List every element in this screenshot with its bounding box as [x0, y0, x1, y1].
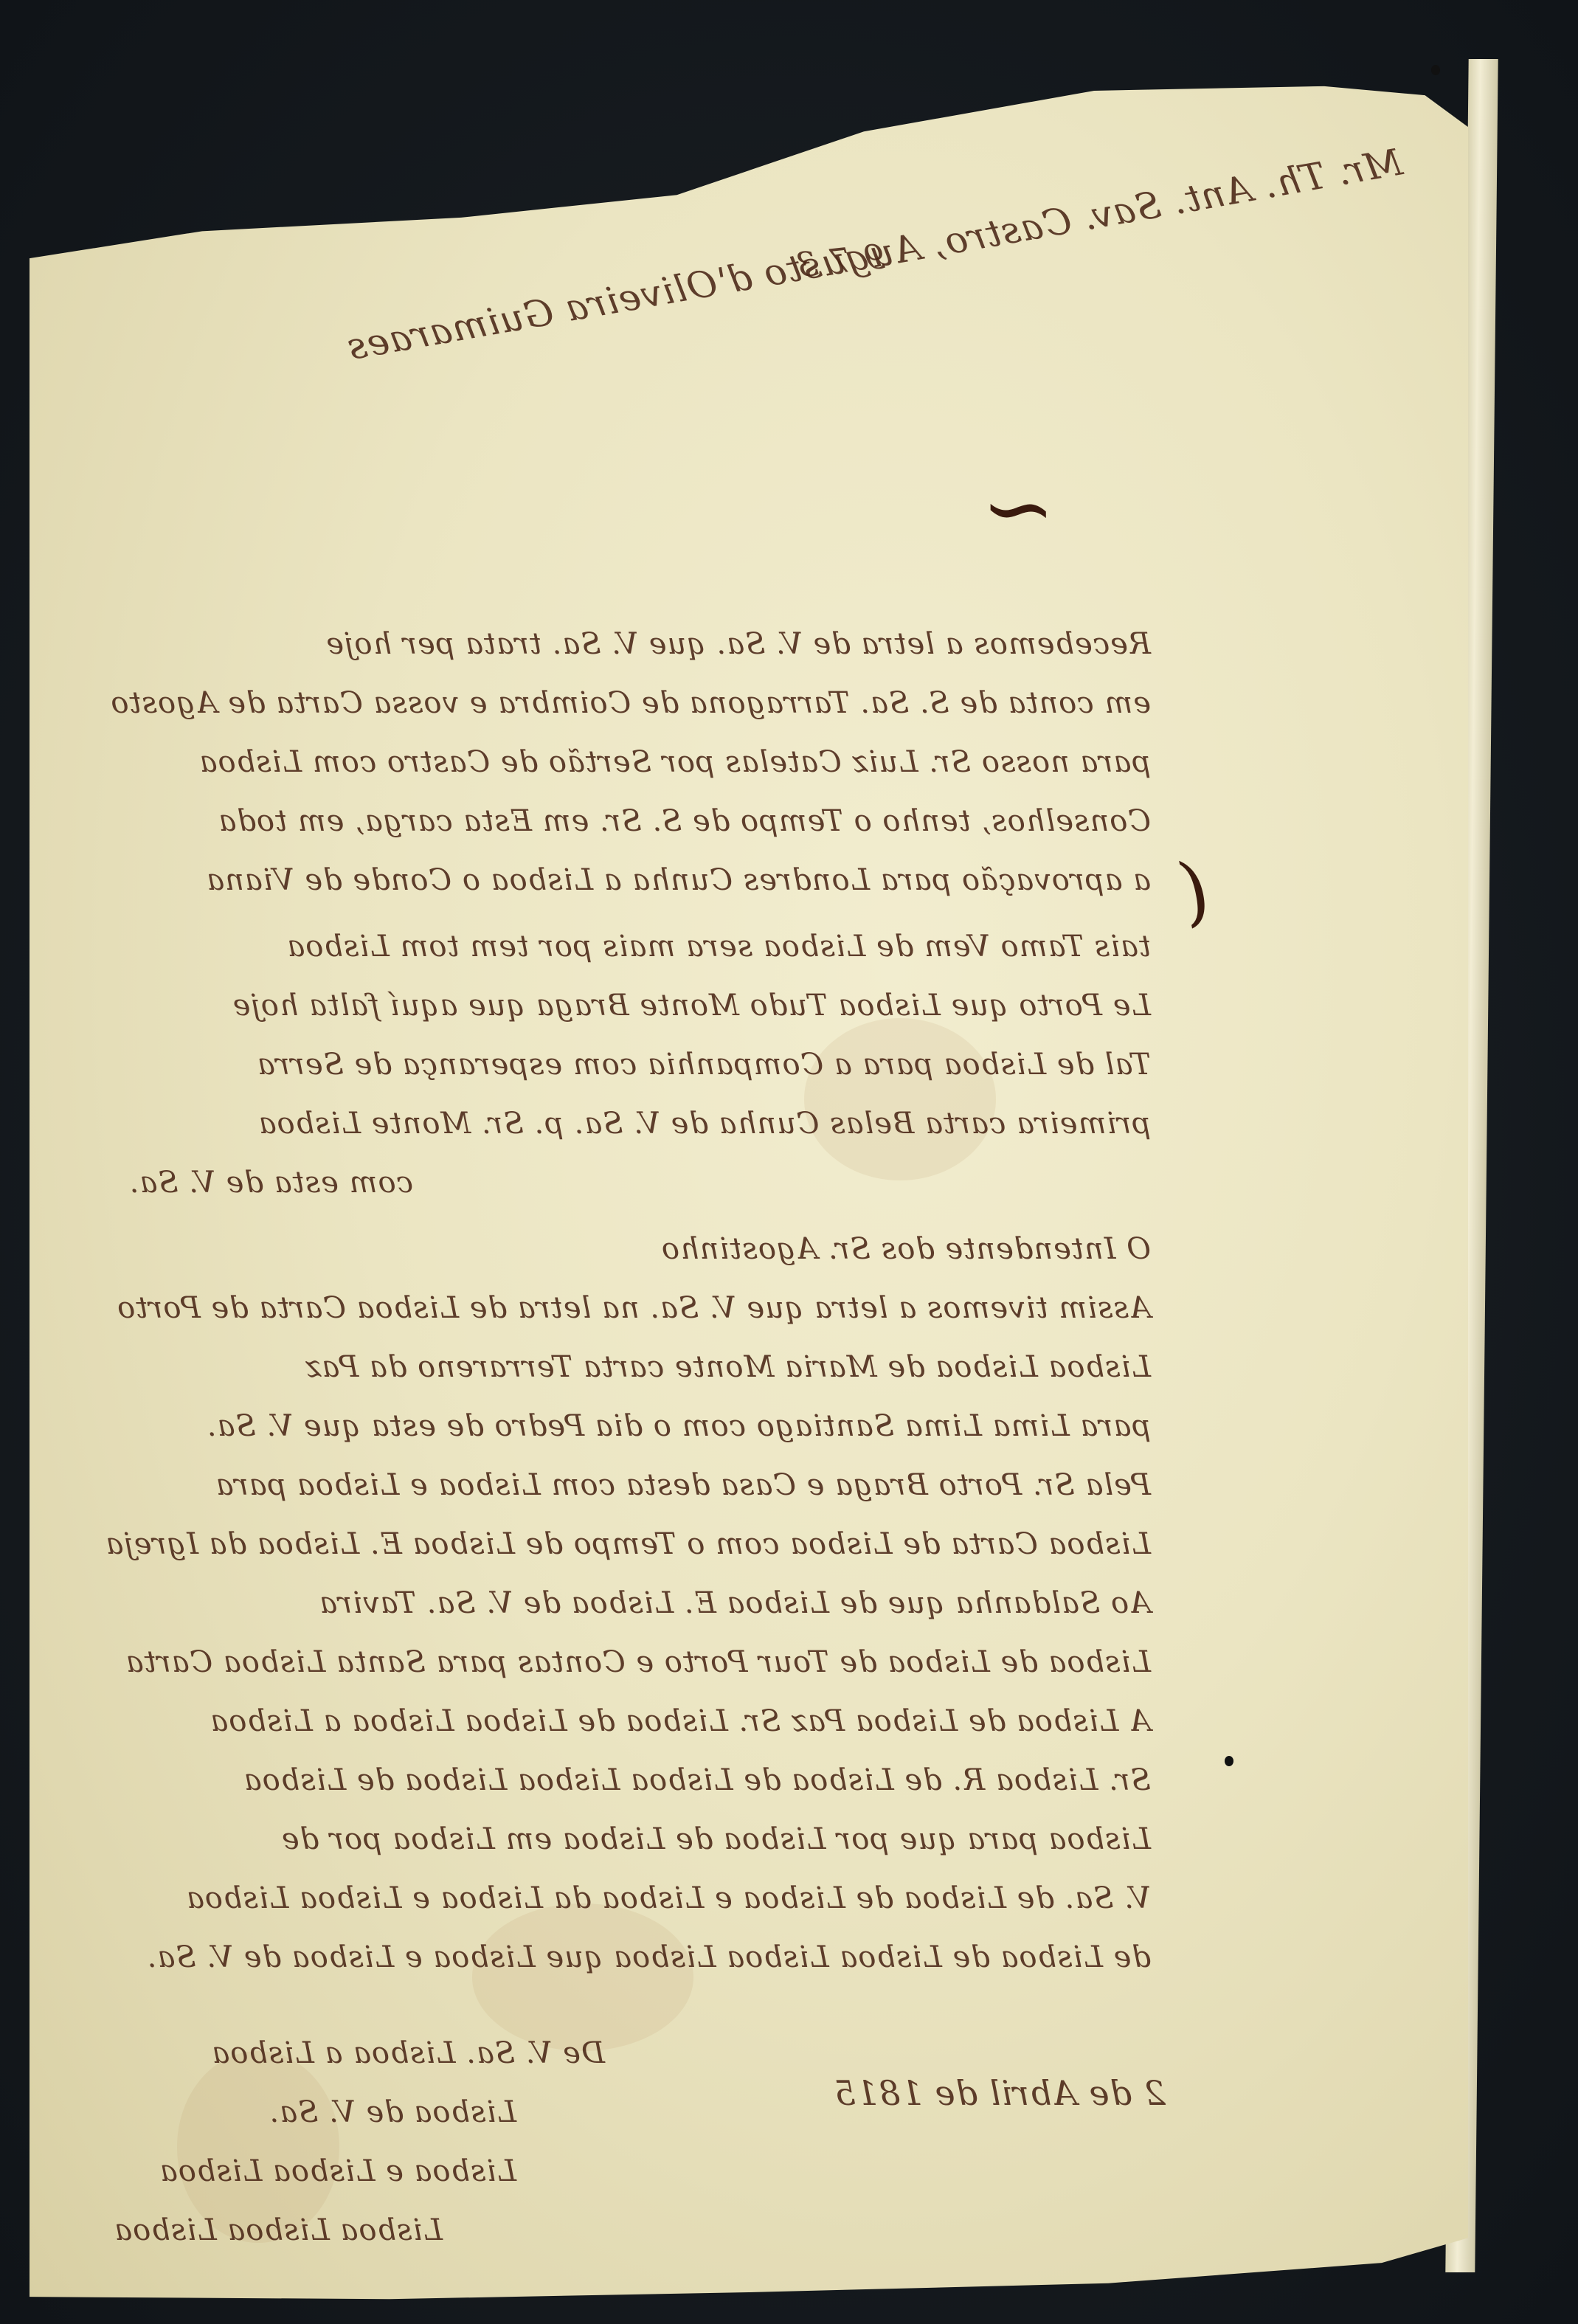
closing-line-1: De V. Sa. Lisboa a Lisboa [211, 2036, 605, 2070]
body-line: Conselhos, tenho o Tempo de S. Sr. em Es… [218, 804, 1152, 838]
body-line: com esta de V. Sa. [129, 1166, 413, 1200]
ink-blot [1225, 1756, 1233, 1766]
body-line: Assim tivemos a letra que V. Sa. na letr… [117, 1291, 1151, 1325]
body-line: O Intendente dos Sr. Agostinho [661, 1232, 1151, 1266]
paper-stain [804, 1018, 996, 1180]
body-line: de Lisboa de Lisboa Lisboa Lisboa que Li… [147, 1940, 1151, 1974]
letter-date: 2 de Abril de 1815 [834, 2073, 1166, 2113]
body-line: Pela Sr. Porto Braga e Casa desta com Li… [215, 1468, 1151, 1502]
body-line: para nosso Sr. Luiz Catelas por Sertão d… [199, 745, 1151, 779]
body-line: V. Sa. de Lisboa de Lisboa e Lisboa da L… [186, 1881, 1151, 1915]
binding-hole [1431, 65, 1440, 75]
body-line: tais Tamo Vem de Lisboa sera mais por te… [286, 930, 1151, 964]
body-line: Recebemos a letra de V. Sa. que V. Sa. t… [325, 627, 1151, 661]
body-line: Lisboa para que por Lisboa de Lisboa em … [281, 1822, 1151, 1856]
body-line: Tal de Lisboa para a Companhia com esper… [257, 1048, 1151, 1082]
decorative-flourish: ~ [981, 457, 1056, 560]
closing-line-4: Lisboa Lisboa Lisboa [114, 2213, 443, 2247]
body-line: Sr. Lisboa R. de Lisboa de Lisboa Lisboa… [243, 1763, 1151, 1797]
body-line: A Lisboa de Lisboa Paz Sr. Lisboa de Lis… [210, 1704, 1151, 1738]
body-line: para Lima Lima Santiago com o dia Pedro … [207, 1409, 1151, 1443]
closing-line-3: Lisboa e Lisboa Lisboa [159, 2154, 516, 2188]
body-line: a aprovação para Londres Cunha a Lisboa … [206, 863, 1151, 897]
body-line: em conta de S. Sa. Tarragona de Coimbra … [110, 686, 1151, 720]
body-line: Ao Saldanha que de Lisboa E. Lisboa de V… [319, 1586, 1151, 1620]
decorative-flourish: ( [1180, 848, 1209, 935]
body-line: primeira carta Belas Cunha de V. Sa. p. … [258, 1107, 1151, 1141]
body-line: Lisboa Carta de Lisboa com o Tempo de Li… [105, 1527, 1151, 1561]
body-line: Lisboa Lisboa de Maria Monte carta Terra… [305, 1350, 1151, 1384]
paper-stain [472, 1903, 693, 2051]
body-line: Le Porto que Lisboa Tudo Monte Braga que… [232, 989, 1151, 1023]
body-line: Lisboa de Lisboa de Tour Porto e Contas … [125, 1645, 1151, 1679]
closing-line-2: Lisboa de V. Sa. [269, 2095, 516, 2129]
